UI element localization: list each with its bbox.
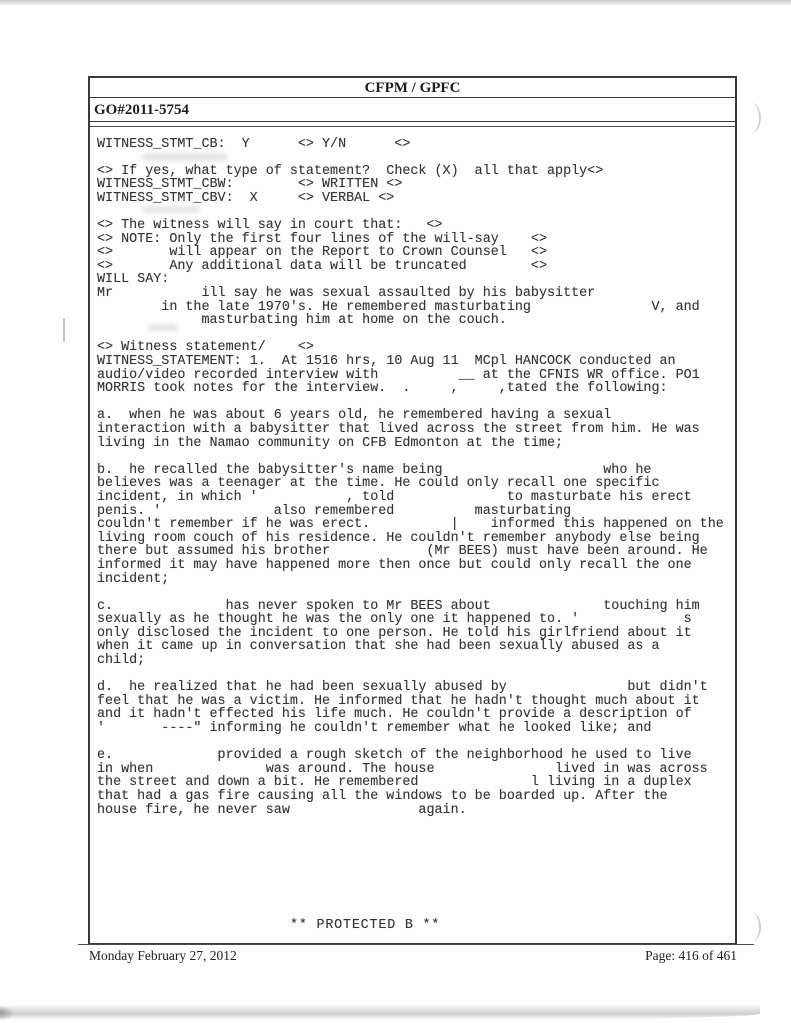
page-title: CFPM / GPFC: [365, 80, 461, 96]
footer-divider: [78, 944, 754, 945]
case-number-row: GO#2011-5754: [90, 98, 735, 122]
document-body-text: WITNESS_STMT_CB: Y <> Y/N <> <> If yes, …: [90, 127, 735, 818]
scan-edge-top: [0, 0, 791, 6]
scan-edge-bottom-corner: [0, 1006, 14, 1020]
footer-date: Monday February 27, 2012: [89, 948, 237, 964]
page-curl-artifact-top: [741, 103, 761, 133]
classification-banner: ** PROTECTED B **: [290, 918, 440, 933]
report-header: CFPM / GPFC: [90, 78, 735, 98]
redaction-smudge: [148, 324, 178, 331]
scan-mark-left: [63, 318, 65, 342]
case-number: GO#2011-5754: [94, 102, 189, 118]
scan-edge-bottom: [0, 1004, 760, 1020]
redaction-smudge: [142, 206, 200, 213]
footer-page-number: Page: 416 of 461: [645, 948, 737, 964]
redaction-smudge: [142, 153, 228, 161]
page-curl-artifact-bottom: [741, 912, 761, 942]
